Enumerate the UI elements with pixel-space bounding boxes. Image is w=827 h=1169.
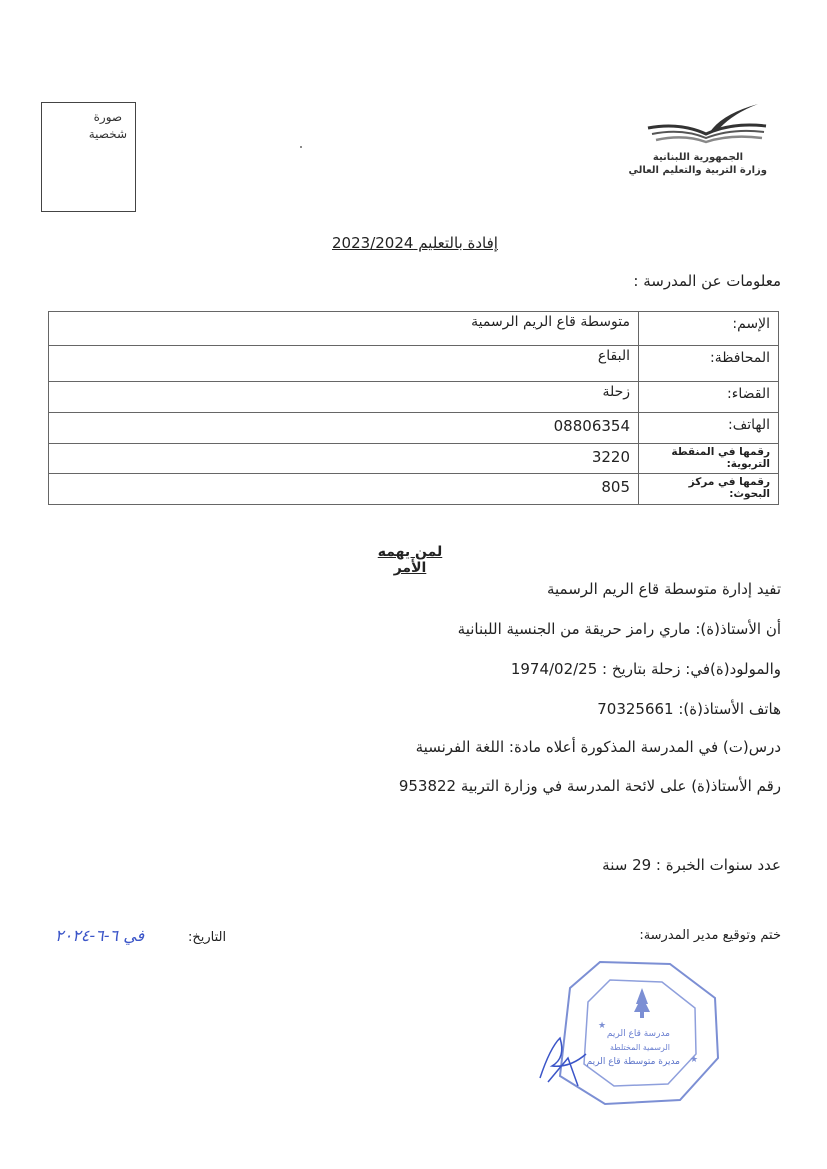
svg-text:★: ★	[690, 1055, 698, 1065]
district-value: زحلة	[49, 382, 639, 413]
logo-republic-text: الجمهورية اللبنانية	[653, 152, 743, 163]
body-line-school: تفيد إدارة متوسطة قاع الريم الرسمية	[547, 580, 781, 598]
governorate-value: البقاع	[49, 346, 639, 382]
research-center-number-label: رقمها في مركز البحوث:	[639, 474, 779, 505]
table-row: 805 رقمها في مركز البحوث:	[49, 474, 779, 505]
school-info-table: متوسطة قاع الريم الرسمية الإسم: البقاع ا…	[48, 311, 779, 505]
edu-zone-number-value: 3220	[49, 444, 639, 474]
district-label: القضاء:	[639, 382, 779, 413]
research-center-number-value: 805	[49, 474, 639, 505]
table-row: متوسطة قاع الريم الرسمية الإسم:	[49, 312, 779, 346]
date-label: التاريخ:	[188, 930, 226, 945]
phone-value: 08806354	[49, 413, 639, 444]
phone-label: الهاتف:	[639, 413, 779, 444]
photo-label-line2: شخصية	[89, 126, 127, 143]
page-title: إفادة بالتعليم 2023/2024	[330, 234, 500, 252]
school-stamp: ★ ★ مدرسة قاع الريم الرسمية المختلطة مدي…	[530, 958, 725, 1108]
svg-text:مديرة متوسطة قاع الريم: مديرة متوسطة قاع الريم	[587, 1057, 681, 1067]
body-line-experience: عدد سنوات الخبرة : 29 سنة	[602, 856, 781, 874]
table-row: 08806354 الهاتف:	[49, 413, 779, 444]
school-info-heading: معلومات عن المدرسة :	[633, 272, 781, 290]
school-name-value: متوسطة قاع الريم الرسمية	[49, 312, 639, 346]
logo-ministry-text: وزارة التربية والتعليم العالي	[629, 165, 767, 176]
body-line-teacher-phone: هاتف الأستاذ(ة): 70325661	[597, 700, 781, 718]
open-book-icon	[640, 100, 775, 150]
svg-text:مدرسة قاع الريم: مدرسة قاع الريم	[607, 1029, 670, 1039]
table-row: 3220 رقمها في المنقطة التربوية:	[49, 444, 779, 474]
body-line-subject: درس(ت) في المدرسة المذكورة أعلاه مادة: ا…	[416, 738, 781, 756]
photo-label: صورة شخصية	[89, 109, 127, 143]
signature-label: ختم وتوقيع مدير المدرسة:	[639, 928, 781, 943]
to-whom-heading: لمن يهمه الأمر	[360, 544, 460, 576]
photo-placeholder-box: صورة شخصية	[41, 102, 136, 212]
table-row: زحلة القضاء:	[49, 382, 779, 413]
table-row: البقاع المحافظة:	[49, 346, 779, 382]
body-line-teacher-name: أن الأستاذ(ة): ماري رامز حريقة من الجنسي…	[458, 620, 781, 638]
svg-text:الرسمية المختلطة: الرسمية المختلطة	[610, 1043, 670, 1052]
scan-dot	[300, 146, 302, 148]
body-line-ministry-number: رقم الأستاذ(ة) على لائحة المدرسة في وزار…	[399, 777, 781, 795]
ministry-logo: الجمهورية اللبنانية وزارة التربية والتعل…	[640, 100, 775, 180]
body-line-birth: والمولود(ة)في: زحلة بتاريخ : 1974/02/25	[511, 660, 781, 678]
photo-label-line1: صورة	[89, 109, 127, 126]
octagon-stamp-icon: ★ ★ مدرسة قاع الريم الرسمية المختلطة مدي…	[530, 958, 725, 1108]
school-name-label: الإسم:	[639, 312, 779, 346]
edu-zone-number-label: رقمها في المنقطة التربوية:	[639, 444, 779, 474]
governorate-label: المحافظة:	[639, 346, 779, 382]
svg-text:★: ★	[598, 1021, 606, 1031]
handwritten-date: في ٦-٦-٢٠٢٤	[55, 926, 144, 945]
